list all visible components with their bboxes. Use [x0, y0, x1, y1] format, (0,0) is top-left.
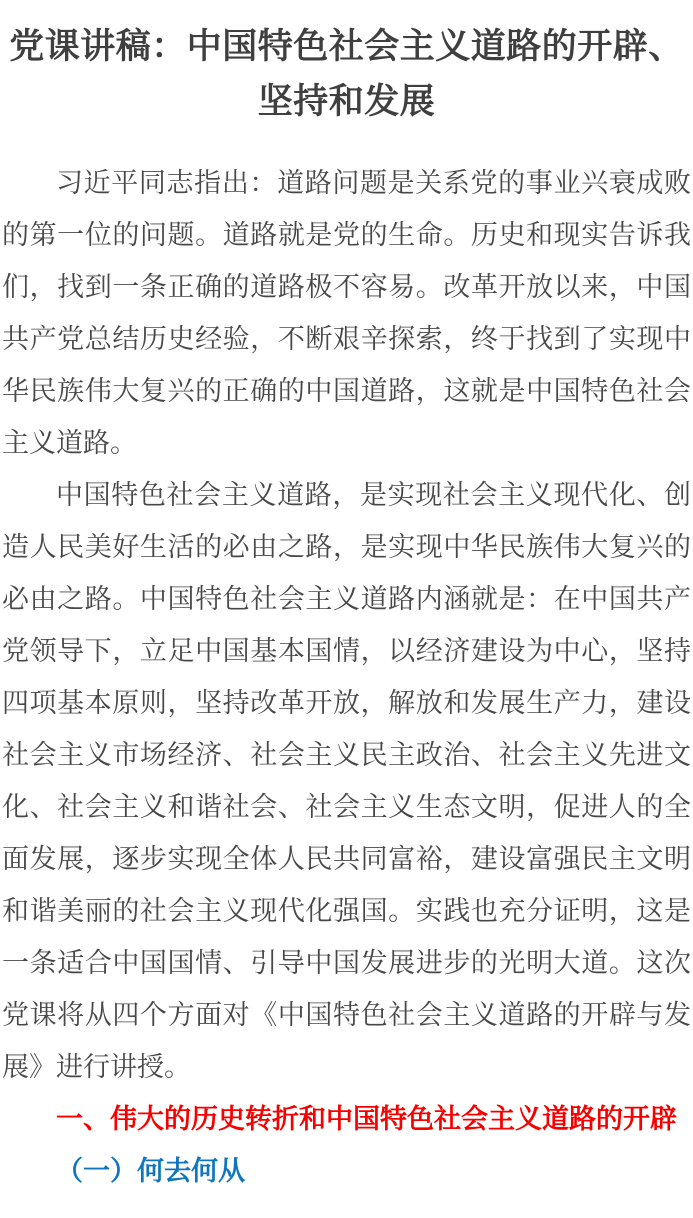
body-paragraph-2: 中国特色社会主义道路，是实现社会主义现代化、创造人民美好生活的必由之路，是实现中… — [2, 470, 691, 1094]
subsection-heading-blue: （一）何去何从 — [2, 1146, 691, 1198]
body-paragraph-1: 习近平同志指出：道路问题是关系党的事业兴衰成败的第一位的问题。道路就是党的生命。… — [2, 158, 691, 470]
article-document: 党课讲稿：中国特色社会主义道路的开辟、坚持和发展 习近平同志指出：道路问题是关系… — [0, 0, 693, 1218]
section-heading-red: 一、伟大的历史转折和中国特色社会主义道路的开辟 — [2, 1094, 691, 1146]
page-title: 党课讲稿：中国特色社会主义道路的开辟、坚持和发展 — [8, 20, 685, 130]
